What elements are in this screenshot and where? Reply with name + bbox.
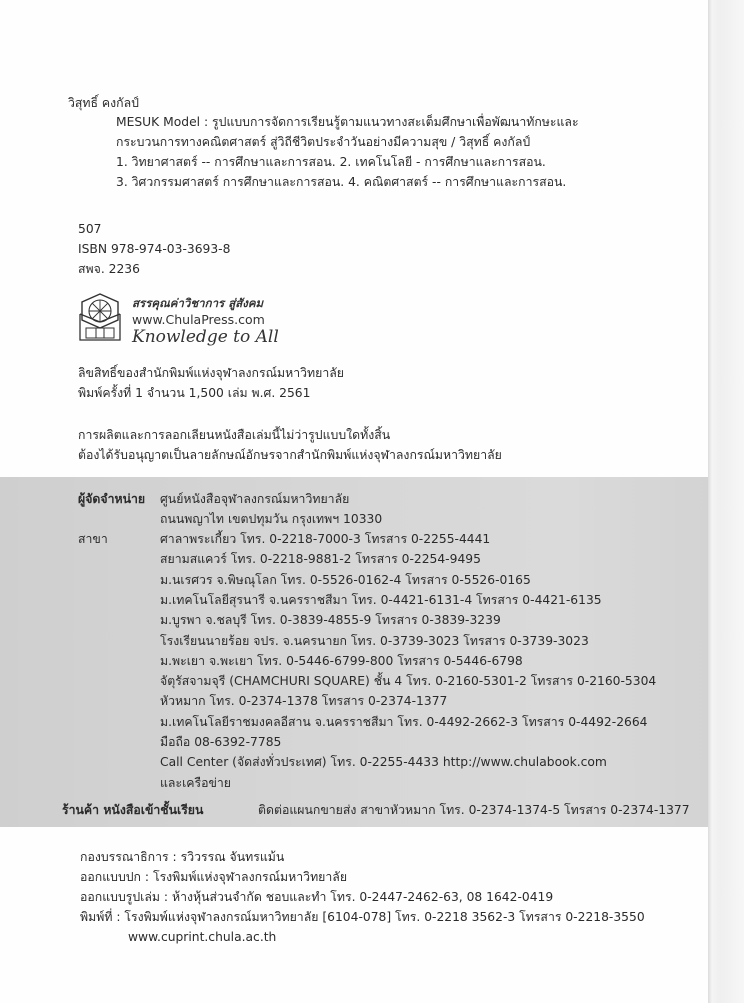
page-binding-edge: [708, 0, 744, 1003]
distribution-block: ผู้จัดจำหน่าย ศูนย์หนังสือจุฬาลงกรณ์มหาว…: [0, 477, 708, 827]
printer-url: www.cuprint.chula.ac.th: [128, 931, 276, 943]
class-number: 507: [78, 223, 101, 235]
spj-number: สพจ. 2236: [78, 263, 140, 275]
branch-item: จัตุรัสจามจุรี (CHAMCHURI SQUARE) ชั้น 4…: [160, 675, 656, 687]
branch-item: ศาลาพระเกี้ยว โทร. 0-2218-7000-3 โทรสาร …: [160, 533, 490, 545]
chula-press-emblem-icon: [78, 292, 122, 342]
branch-item: ม.บูรพา จ.ชลบุรี โทร. 0-3839-4855-9 โทรส…: [160, 614, 501, 626]
branch-item: และเครือข่าย: [160, 777, 231, 789]
store-info: ติดต่อแผนกขายส่ง สาขาหัวหมาก โทร. 0-2374…: [258, 804, 690, 816]
logo-slogan: Knowledge to All: [132, 327, 279, 347]
catalog-subjects-line1: 1. วิทยาศาสตร์ -- การศึกษาและการสอน. 2. …: [116, 156, 546, 168]
distributor-name: ศูนย์หนังสือจุฬาลงกรณ์มหาวิทยาลัย: [160, 493, 349, 505]
edition-info: พิมพ์ครั้งที่ 1 จำนวน 1,500 เล่ม พ.ศ. 25…: [78, 387, 310, 399]
cover-design-credit: ออกแบบปก : โรงพิมพ์แห่งจุฬาลงกรณ์มหาวิทย…: [80, 871, 347, 883]
catalog-author: วิสุทธิ์ คงกัลป์: [68, 97, 139, 109]
logo-url: www.ChulaPress.com: [132, 312, 265, 327]
branch-item: ม.เทคโนโลยีราชมงคลอีสาน จ.นครราชสีมา โทร…: [160, 716, 648, 728]
logo-tagline: สรรคุณค่าวิชาการ สู่สังคม: [132, 295, 263, 313]
printer-credit: พิมพ์ที่ : โรงพิมพ์แห่งจุฬาลงกรณ์มหาวิทย…: [80, 911, 645, 923]
branch-item: ม.พะเยา จ.พะเยา โทร. 0-5446-6799-800 โทร…: [160, 655, 523, 667]
branch-item: โรงเรียนนายร้อย จปร. จ.นครนายก โทร. 0-37…: [160, 635, 589, 647]
branch-item: สยามสแควร์ โทร. 0-2218-9881-2 โทรสาร 0-2…: [160, 553, 481, 565]
copyright-owner: ลิขสิทธิ์ของสำนักพิมพ์แห่งจุฬาลงกรณ์มหาว…: [78, 367, 344, 379]
catalog-title-line2: กระบวนการทางคณิตศาสตร์ สู่วิถีชีวิตประจำ…: [116, 136, 530, 148]
branch-item: ม.นเรศวร จ.พิษณุโลก โทร. 0-5526-0162-4 โ…: [160, 574, 531, 586]
catalog-subjects-line2: 3. วิศวกรรมศาสตร์ การศึกษาและการสอน. 4. …: [116, 176, 566, 188]
branch-item: มือถือ 08-6392-7785: [160, 736, 281, 748]
branches-label: สาขา: [78, 533, 108, 545]
layout-design-credit: ออกแบบรูปเล่ม : ห้างหุ้นส่วนจำกัด ชอบและ…: [80, 891, 553, 903]
branch-item: Call Center (จัดส่งทั่วประเทศ) โทร. 0-22…: [160, 756, 607, 768]
catalog-title-line1: MESUK Model : รูปแบบการจัดการเรียนรู้ตาม…: [116, 116, 579, 128]
distributor-address: ถนนพญาไท เขตปทุมวัน กรุงเทพฯ 10330: [160, 513, 382, 525]
store-label: ร้านค้า หนังสือเข้าชั้นเรียน: [62, 804, 203, 816]
reproduction-notice-line2: ต้องได้รับอนุญาตเป็นลายลักษณ์อักษรจากสำน…: [78, 449, 502, 461]
distributor-label: ผู้จัดจำหน่าย: [78, 493, 145, 505]
isbn: ISBN 978-974-03-3693-8: [78, 243, 230, 255]
branch-item: ม.เทคโนโลยีสุรนารี จ.นครราชสีมา โทร. 0-4…: [160, 594, 602, 606]
editorial-credit: กองบรรณาธิการ : รวิวรรณ จันทรแม้น: [80, 851, 284, 863]
branch-item: หัวหมาก โทร. 0-2374-1378 โทรสาร 0-2374-1…: [160, 695, 447, 707]
copyright-page: วิสุทธิ์ คงกัลป์ MESUK Model : รูปแบบการ…: [0, 0, 708, 1003]
reproduction-notice-line1: การผลิตและการลอกเลียนหนังสือเล่มนี้ไม่ว่…: [78, 429, 390, 441]
